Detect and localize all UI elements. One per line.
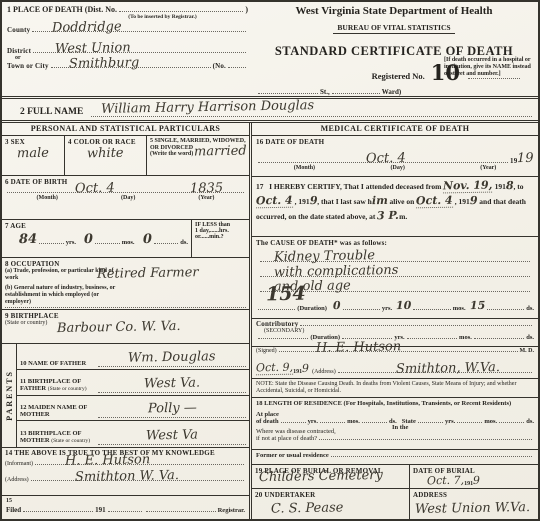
county-label: County — [7, 26, 30, 34]
cause-duration-days: 15 — [469, 300, 485, 312]
street-ward-row: St., Ward) — [256, 88, 532, 96]
cause-label: The CAUSE OF DEATH* was as follows: — [256, 239, 534, 247]
disease-note: NOTE: State the Disease Causing Death. I… — [252, 379, 538, 398]
full-name-label: 2 FULL NAME — [20, 107, 83, 117]
birthplace-label: 9 BIRTHPLACE — [5, 312, 246, 320]
death-time-value: 3 P. — [377, 210, 399, 222]
father-birthplace-label: 11 BIRTHPLACE OF FATHER (State or countr… — [20, 378, 98, 393]
to-year-value: 9 — [309, 195, 317, 207]
attended-from-value: Nov. 19, — [443, 180, 493, 194]
cause-number-value: 154 — [266, 287, 306, 300]
st-label: St., — [320, 88, 330, 96]
former-residence-row: Former or usual residence — [252, 450, 538, 465]
date-of-death-row: 16 DATE OF DEATH Oct. 4 19 19 (Month) (D… — [252, 136, 538, 177]
signed-year-value: 9 — [302, 363, 309, 375]
signed-address-label: (Address) — [312, 369, 336, 375]
dod-year-note: (Year) — [480, 165, 496, 171]
filed-label: Filed — [6, 506, 21, 514]
undertaker-value: C. S. Pease — [271, 502, 344, 515]
contributory-label: Contributory — [256, 320, 298, 328]
place-of-death-block: 1 PLACE OF DEATH (Dist. No. ) (To be ins… — [2, 2, 252, 96]
father-name-value: Wm. Douglas — [128, 351, 216, 365]
undertaker-label: 20 UNDERTAKER — [255, 491, 406, 499]
medical-section-title: MEDICAL CERTIFICATE OF DEATH — [252, 123, 538, 136]
medical-certificate-column: MEDICAL CERTIFICATE OF DEATH 16 DATE OF … — [252, 123, 538, 519]
cause-line-1: Kidney Trouble — [274, 250, 375, 264]
md-label: M. D. — [520, 348, 535, 354]
father-birthplace-value: West Va. — [144, 377, 200, 390]
department-title: West Virginia State Department of Health — [256, 5, 532, 17]
cause-line-2: with complications — [274, 265, 399, 279]
dod-label: 16 DATE OF DEATH — [256, 138, 534, 146]
color-race-value: white — [87, 148, 124, 161]
father-name-row: 10 NAME OF FATHER Wm. Douglas — [17, 344, 249, 370]
informant-block: 14 THE ABOVE IS TRUE TO THE BEST OF MY K… — [2, 448, 249, 496]
informant-value: H. E. Hutson — [65, 454, 150, 467]
dob-day-note: (Day) — [121, 195, 135, 201]
informant-address-label: (Address) — [5, 477, 29, 483]
residence-block: 18 LENGTH OF RESIDENCE (For Hospitals, I… — [252, 398, 538, 450]
certify-text-2a: that I last saw h — [321, 197, 372, 206]
filed-number: 15 — [6, 498, 245, 504]
signed-year-printed: 191 — [293, 369, 302, 375]
burial-row: 19 PLACE OF BURIAL OR REMOVAL Childers C… — [252, 465, 538, 489]
cause-duration-months: 10 — [396, 300, 412, 312]
occupation-row: 8 OCCUPATION (a) Trade, profession, or p… — [2, 258, 249, 310]
father-name-label: 10 NAME OF FATHER — [20, 360, 98, 367]
undertaker-address-label: ADDRESS — [413, 491, 535, 499]
signed-date-value: Oct. 9, — [256, 361, 293, 375]
filed-year-printed: 191 — [95, 506, 106, 514]
mother-maiden-name-row: 12 MAIDEN NAME OF MOTHER Polly — — [17, 396, 249, 422]
mother-birthplace-row: 13 BIRTHPLACE OF MOTHER (State or countr… — [17, 421, 249, 447]
full-name-value: William Harry Harrison Douglas — [91, 98, 532, 117]
burial-date-value: Oct. 7, — [427, 475, 464, 488]
header-section: 1 PLACE OF DEATH (Dist. No. ) (To be ins… — [2, 2, 538, 99]
undertaker-address-value: West Union W.Va. — [415, 502, 530, 516]
certify-number: 17 — [256, 182, 264, 191]
birthplace-row: 9 BIRTHPLACE (State or country) Barbour … — [2, 310, 249, 344]
burial-place-value: Childers Cemetery — [259, 470, 383, 484]
signed-block: (Signed) H. E. Hutson M. D. Oct. 9, 1919… — [252, 347, 538, 379]
mother-maiden-name-value: Polly — — [147, 403, 196, 416]
ward-label: Ward) — [382, 88, 401, 96]
signed-address-value: Smithton, W.Va. — [396, 362, 500, 376]
burial-year-printed: 191 — [464, 481, 473, 487]
county-value: Doddridge — [52, 21, 122, 34]
age-months-value: 0 — [84, 234, 93, 246]
last-saw-year-value: 9 — [470, 195, 478, 207]
town-value: Smithburg — [69, 57, 139, 70]
personal-section-title: PERSONAL AND STATISTICAL PARTICULARS — [2, 123, 249, 136]
certify-block: 17 I HEREBY CERTIFY, That I attended dec… — [252, 177, 538, 237]
informant-address-value: Smithton W. Va. — [75, 470, 179, 484]
death-certificate: 1 PLACE OF DEATH (Dist. No. ) (To be ins… — [0, 0, 540, 521]
last-saw-date-value: Oct. 4 — [416, 195, 453, 209]
hospital-note: [If death occurred in a hospital or inst… — [444, 57, 536, 78]
sex-label: 3 SEX — [5, 138, 61, 146]
burial-year-value: 9 — [473, 475, 480, 487]
personal-particulars-column: PERSONAL AND STATISTICAL PARTICULARS 3 S… — [2, 123, 252, 519]
dob-month-day-value: Oct. 4 — [75, 183, 115, 196]
last-saw-pronoun: im — [372, 195, 388, 207]
attended-to-value: Oct. 4 — [256, 195, 293, 209]
parents-block: PARENTS 10 NAME OF FATHER Wm. Douglas 11… — [2, 344, 249, 448]
age-label: 7 AGE — [5, 222, 188, 230]
former-residence-label: Former or usual residence — [256, 452, 329, 459]
bureau-subtitle: BUREAU OF VITAL STATISTICS — [333, 23, 454, 34]
age-days-value: 0 — [142, 234, 151, 246]
sex-value: male — [17, 148, 49, 161]
date-of-birth-row: 6 DATE OF BIRTH Oct. 4 1835 (Month) (Day… — [2, 176, 249, 220]
title-block: West Virginia State Department of Health… — [252, 2, 538, 96]
town-label: Town or City — [7, 62, 49, 70]
dob-month-note: (Month) — [37, 195, 58, 201]
place-of-death-label: 1 PLACE OF DEATH (Dist. No. — [7, 5, 117, 14]
signed-label: (Signed) — [256, 348, 277, 354]
age-years-value: 84 — [19, 234, 37, 246]
age-row: 7 AGE 84 yrs. 0 mos. 0 ds. IF LESS than … — [2, 220, 249, 258]
occupation-b-label: (b) General nature of industry, business… — [5, 285, 125, 306]
sex-color-marital-row: 3 SEX male 4 COLOR OR RACE white 5 SINGL… — [2, 136, 249, 176]
occupation-value: Retired Farmer — [97, 267, 199, 281]
informant-label: (Informant) — [5, 461, 33, 467]
dod-day-note: (Day) — [391, 165, 405, 171]
town-no-label: (No. — [213, 62, 226, 70]
certify-text-2b: alive on — [390, 197, 415, 206]
district-value: West Union — [55, 42, 131, 55]
registrar-insert-note: (To be inserted by Registrar.) — [7, 14, 248, 20]
dist-no-blank — [119, 11, 243, 12]
certify-text-1: I HEREBY CERTIFY, That I attended deceas… — [269, 182, 441, 191]
filed-block: 15 Filed 191 Registrar. — [2, 496, 249, 519]
mother-maiden-name-label: 12 MAIDEN NAME OF MOTHER — [20, 404, 98, 418]
birthplace-value: Barbour Co. W. Va. — [57, 321, 181, 335]
duration-label: (Duration) — [297, 305, 327, 312]
color-race-label: 4 COLOR OR RACE — [68, 138, 143, 146]
registrar-label: Registrar. — [218, 507, 245, 514]
mother-birthplace-label: 13 BIRTHPLACE OF MOTHER (State or countr… — [20, 430, 98, 445]
parents-vertical-label: PARENTS — [2, 344, 17, 447]
cause-duration-years: 0 — [333, 300, 341, 312]
full-name-row: 2 FULL NAME William Harry Harrison Dougl… — [2, 99, 538, 123]
registered-no-label: Registered No. — [372, 71, 425, 81]
father-birthplace-row: 11 BIRTHPLACE OF FATHER (State or countr… — [17, 370, 249, 396]
from-year-value: 8 — [506, 180, 514, 192]
cause-of-death-block: The CAUSE OF DEATH* was as follows: Kidn… — [252, 237, 538, 319]
district-label: District — [7, 47, 31, 55]
residence-label: 18 LENGTH OF RESIDENCE (For Hospitals, I… — [256, 400, 534, 407]
undertaker-row: 20 UNDERTAKER C. S. Pease ADDRESS West U… — [252, 489, 538, 519]
mother-birthplace-value: West Va — [146, 430, 198, 443]
dob-year-value: 1835 — [190, 183, 223, 196]
dod-month-note: (Month) — [294, 165, 315, 171]
signed-value: H. E. Hutson — [316, 341, 401, 354]
dod-year-value: 19 — [517, 153, 534, 165]
dod-value: Oct. 4 — [366, 153, 406, 166]
marital-value: married — [194, 146, 247, 159]
